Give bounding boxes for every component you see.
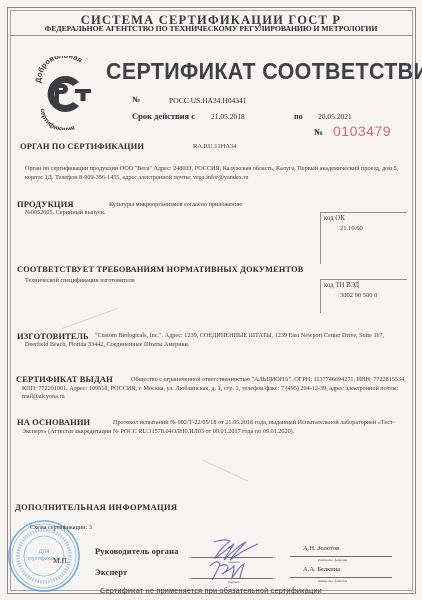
serial-number: 0103479 — [333, 123, 391, 139]
certification-body-text: Орган по сертификации продукции ООО "Вег… — [25, 165, 405, 182]
issued-to-text: Общество с ограниченной ответственностью… — [22, 376, 407, 402]
certificate-page: СИСТЕМА СЕРТИФИКАЦИИ ГОСТ Р ФЕДЕРАЛЬНОЕ … — [0, 0, 422, 600]
head-of-body-label: Руководитель органа — [95, 547, 178, 556]
product-heading: ПРОДУКЦИЯ — [17, 199, 74, 209]
conformity-text: Технической спецификации изготовителя — [25, 277, 135, 284]
valid-to-date: 20.05.2021 — [318, 112, 352, 121]
serial-number-label: № — [314, 127, 323, 137]
tnved-code-label: код ТН ВЭД — [324, 282, 359, 289]
agency-name: ФЕДЕРАЛЬНОЕ АГЕНТСТВО ПО ТЕХНИЧЕСКОМУ РЕ… — [0, 24, 422, 33]
valid-from-date: 21.05.2018 — [211, 112, 245, 121]
name-caption: инициалы, фамилия — [318, 558, 347, 562]
head-name: А.Н. Золотов — [303, 545, 339, 552]
head-name-line — [290, 556, 392, 557]
certification-scheme: Схема сертификации: 3 — [30, 524, 92, 531]
handwritten-signature-icon — [200, 536, 270, 582]
header-divider — [10, 35, 413, 36]
expert-name-line — [290, 577, 392, 578]
expert-label: Эксперт — [95, 568, 127, 577]
name-caption: инициалы, фамилия — [318, 579, 347, 583]
validity-label: Срок действия с — [132, 111, 195, 121]
ok-code-label: код ОК — [324, 215, 345, 222]
certification-body-code: RA.RU.11НА34 — [193, 143, 236, 150]
product-description-cont: №0052605. Серийный выпуск. — [25, 209, 105, 216]
conformity-heading: СООТВЕТСТВУЕТ ТРЕБОВАНИЯМ НОРМАТИВНЫХ ДО… — [17, 265, 304, 274]
basis-text: Протокол испытаний № 002/Т-22/05/18 от 2… — [22, 419, 407, 436]
certificate-number-label: № — [132, 95, 140, 104]
manufacturer-text: "Custom Biologicals, Inc.". Адрес: 1239,… — [25, 332, 405, 349]
footer-note: Сертификат не применяется при обязательн… — [0, 586, 422, 595]
svg-text:Для: Для — [39, 549, 50, 555]
expert-name: А.А. Белкина — [303, 566, 340, 573]
certificate-number: РОСС US.НА34.Н04341 — [169, 96, 247, 105]
ok-code-box: код ОК 21.10.60 — [320, 212, 407, 264]
additional-info-heading: ДОПОЛНИТЕЛЬНАЯ ИНФОРМАЦИЯ — [15, 502, 177, 512]
stamp-place-label: М.П. — [53, 556, 69, 565]
svg-text:сертификация: сертификация — [39, 108, 76, 130]
ok-code-value: 21.10.60 — [340, 225, 363, 232]
certification-body-heading: ОРГАН ПО СЕРТИФИКАЦИИ — [20, 141, 144, 151]
rst-logo-icon: Добровольная сертификация — [33, 56, 95, 130]
valid-to-label: по — [294, 112, 303, 121]
certificate-title: СЕРТИФИКАТ СООТВЕТСТВИЯ — [106, 58, 422, 85]
product-description: Культуры микроорганизмов согласно прилож… — [109, 201, 243, 208]
tnved-code-box: код ТН ВЭД 3002 90 500 0 — [320, 279, 407, 313]
tnved-code-value: 3002 90 500 0 — [340, 292, 377, 299]
